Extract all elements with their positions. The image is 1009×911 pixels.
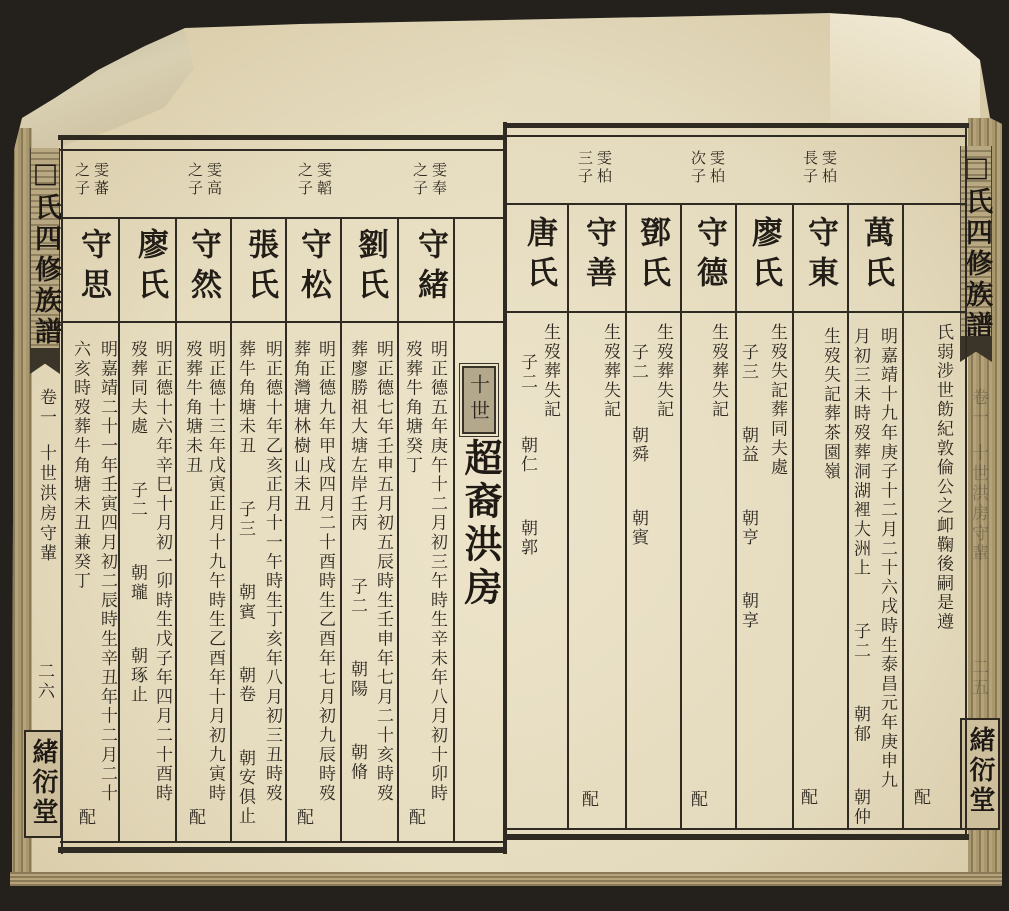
entry-column: 生歿葬失記 [708, 323, 728, 420]
entry-column: 六亥時歿葬牛角塘未丑兼癸丁 [70, 340, 90, 591]
generation-seal-text: 十世 [465, 374, 494, 426]
entry-column: 葬角灣塘林樹山未丑 [290, 340, 310, 514]
generation-seal: 十世 [462, 366, 496, 434]
hall-name: 緒衍堂 [28, 738, 58, 828]
entry-name: 劉氏 [352, 228, 388, 308]
parent-note: 雯柏長子 [800, 150, 838, 188]
column-divider [567, 204, 569, 828]
column-divider [340, 218, 342, 842]
entry-name: 守思 [75, 228, 111, 308]
entry-column: 明嘉靖二十一年壬寅四月初二辰時生辛丑年十二月二十 [97, 340, 117, 803]
torn-corner [14, 28, 194, 148]
entry-name: 張氏 [242, 228, 278, 308]
entry-name: 守德 [691, 216, 727, 296]
column-divider [680, 204, 682, 828]
entry-column: 子二 朝舜 朝賓 [628, 343, 648, 547]
entry-column: 明正德九年甲戌四月二十酉時生乙酉年七月初九辰時歿 [315, 340, 335, 803]
column-divider [902, 204, 904, 828]
column-divider [118, 218, 120, 842]
bottom-page-edges [10, 872, 1002, 886]
page-number: 二五 [968, 658, 988, 698]
left-frame-line [61, 136, 63, 854]
entry-name: 廖氏 [132, 228, 168, 308]
spouse-marker: 配 [578, 790, 598, 807]
entry-name: 守然 [185, 228, 221, 308]
right-frame-line [965, 124, 967, 840]
entry-column: 歿葬同夫處 子二 朝瓏 朝琢止 [127, 340, 147, 705]
fishtail-mark-icon [30, 348, 60, 374]
torn-corner [830, 14, 980, 124]
book-scan: □氏四修族譜 卷一 十世洪房守輩 二六 緒衍堂 雯奉之子 雯韜之子 雯高之子 雯… [0, 0, 1009, 911]
entry-column: 明正德五年庚午十二月初三午時生辛未年八月初十卯時 [427, 340, 447, 803]
column-divider [230, 218, 232, 842]
header-divider [62, 217, 503, 219]
bottom-border-thin [507, 828, 967, 830]
column-divider [175, 218, 177, 842]
entry-column: 生歿失記葬茶園嶺 [820, 327, 840, 481]
entry-column: 生歿失記葬同夫處 [767, 323, 787, 477]
entry-column: 歿葬牛角塘未丑 [182, 340, 202, 475]
entry-name: 鄧氏 [634, 216, 670, 296]
parent-note: 雯蕃之子 [72, 162, 110, 200]
column-divider [397, 218, 399, 842]
spine-section: 十世洪房守輩 [968, 444, 988, 564]
entry-column: 生歿葬失記 [540, 323, 560, 420]
spine-volume: 卷一 [36, 388, 56, 428]
entry-column: 生歿葬失記 [653, 323, 673, 420]
spouse-marker: 配 [405, 808, 425, 825]
entry-column: 月初三未時歿葬洞湖裡大洲上 子二 朝郁 朝仲 [850, 327, 870, 827]
entry-column: 生歿葬失記 [600, 323, 620, 420]
top-border-thick [505, 123, 969, 128]
entry-column: 歿葬牛角塘癸丁 [402, 340, 422, 475]
spouse-marker: 配 [910, 788, 930, 805]
spine-title: □氏四修族譜 [30, 158, 60, 348]
entry-name: 唐氏 [521, 216, 557, 296]
column-divider [847, 204, 849, 828]
entry-column: 葬牛角塘未丑 子三 朝賓 朝卷 朝安俱止 [235, 340, 255, 826]
entry-column: 明正德十三年戊寅正月十九午時生乙酉年十月初九寅時 [205, 340, 225, 803]
spine-volume: 卷一 [968, 388, 988, 428]
column-divider [625, 204, 627, 828]
column-divider [735, 204, 737, 828]
entry-column: 明正德十六年辛巳十月初一卯時生戊子年四月二十酉時 [152, 340, 172, 803]
spouse-marker: 配 [75, 808, 95, 825]
entry-column: 明嘉靖十九年庚子十二月二十六戌時生泰昌元年庚申九 [877, 327, 897, 790]
parent-note: 雯韜之子 [295, 162, 333, 200]
column-divider [792, 204, 794, 828]
entry-name: 守善 [580, 216, 616, 296]
spouse-marker: 配 [687, 790, 707, 807]
page-number: 二六 [34, 662, 54, 702]
continued-column: 氏弱涉世飭紀敦倫公之卹鞠後嗣是遵 [933, 323, 953, 632]
entry-name: 廖氏 [746, 216, 782, 296]
top-border-thin [507, 135, 967, 137]
column-divider [453, 218, 455, 842]
parent-note: 雯高之子 [185, 162, 223, 200]
top-border-thick [58, 135, 505, 140]
entry-name: 守東 [802, 216, 838, 296]
hall-name: 緒衍堂 [965, 726, 995, 816]
entry-column: 葬廖勝祖大塘左岸壬丙 子二 朝陽 朝脩 [347, 340, 367, 782]
parent-note: 雯柏三子 [575, 150, 613, 188]
spouse-marker: 配 [797, 788, 817, 805]
entry-name: 守松 [295, 228, 331, 308]
entry-column: 子三 朝益 朝亨 朝享 [738, 343, 758, 630]
entry-name: 萬氏 [858, 216, 894, 296]
entry-column: 明正德七年壬申五月初五辰時生壬申年七月二十亥時歿 [373, 340, 393, 803]
parent-note: 雯柏次子 [688, 150, 726, 188]
column-divider [285, 218, 287, 842]
spouse-marker: 配 [185, 808, 205, 825]
spouse-marker: 配 [293, 808, 313, 825]
top-border-thin [60, 149, 505, 151]
name-row-divider [62, 321, 503, 323]
entry-column: 明正德十年乙亥正月十一午時生丁亥年八月初三丑時歿 [262, 340, 282, 803]
parent-note: 雯奉之子 [410, 162, 448, 200]
bottom-border-thick [505, 834, 969, 840]
bottom-border-thick [58, 847, 505, 853]
entry-column: 子二 朝仁 朝郭 [517, 353, 537, 557]
branch-title: 超裔洪房 [458, 438, 502, 610]
entry-name: 守緒 [412, 228, 448, 308]
spine-section: 十世洪房守輩 [36, 444, 56, 564]
bottom-border-thin [60, 841, 505, 843]
